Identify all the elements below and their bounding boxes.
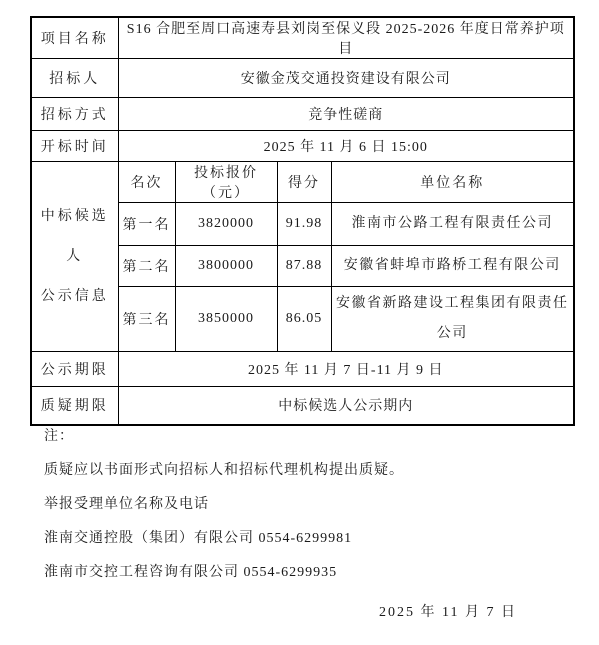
opening-time-value: 2025 年 11 月 6 日 15:00 [118,131,574,162]
table-row-publicity-period: 公示期限 2025 年 11 月 7 日-11 月 9 日 [31,352,574,387]
note-report-title: 举报受理单位名称及电话 [44,497,575,513]
candidate-price: 3820000 [175,203,277,246]
objection-period-value: 中标候选人公示期内 [118,387,574,425]
table-row-objection-period: 质疑期限 中标候选人公示期内 [31,387,574,425]
table-row-tenderer: 招标人 安徽金茂交通投资建设有限公司 [31,59,574,98]
candidate-score: 86.05 [277,287,331,352]
candidate-price: 3850000 [175,287,277,352]
row-label-opening-time: 开标时间 [31,131,118,162]
table-row-project-name: 项目名称 S16 合肥至周口高速寿县刘岗至保义段 2025-2026 年度日常养… [31,17,574,59]
note-objection-instruction: 质疑应以书面形式向招标人和招标代理机构提出质疑。 [44,463,575,479]
announcement-date: 2025 年 11 月 7 日 [44,605,575,621]
candidate-rank: 第二名 [118,246,175,287]
row-label-candidates-info: 中标候选人 公示信息 [31,162,118,352]
column-header-bid-price: 投标报价（元） [175,162,277,203]
announcement-page: 项目名称 S16 合肥至周口高速寿县刘岗至保义段 2025-2026 年度日常养… [0,0,599,645]
candidate-company: 安徽省蚌埠市路桥工程有限公司 [331,246,574,287]
note-report-company-1: 淮南交通控股（集团）有限公司 0554-6299981 [44,531,575,547]
table-row-opening-time: 开标时间 2025 年 11 月 6 日 15:00 [31,131,574,162]
candidates-header-row: 中标候选人 公示信息 名次 投标报价（元） 得分 单位名称 [31,162,574,203]
candidate-company: 淮南市公路工程有限责任公司 [331,203,574,246]
candidate-score: 87.88 [277,246,331,287]
candidates-label-line2: 公示信息 [35,277,115,317]
row-label-bidding-method: 招标方式 [31,98,118,131]
project-name-value: S16 合肥至周口高速寿县刘岗至保义段 2025-2026 年度日常养护项目 [118,17,574,59]
bid-announcement-table: 项目名称 S16 合肥至周口高速寿县刘岗至保义段 2025-2026 年度日常养… [30,16,575,426]
tenderer-value: 安徽金茂交通投资建设有限公司 [118,59,574,98]
column-header-score: 得分 [277,162,331,203]
publicity-period-value: 2025 年 11 月 7 日-11 月 9 日 [118,352,574,387]
column-header-company-name: 单位名称 [331,162,574,203]
bidding-method-value: 竞争性磋商 [118,98,574,131]
candidate-rank: 第三名 [118,287,175,352]
note-heading: 注： [44,429,575,445]
note-report-company-2: 淮南市交控工程咨询有限公司 0554-6299935 [44,565,575,581]
row-label-objection-period: 质疑期限 [31,387,118,425]
row-label-tenderer: 招标人 [31,59,118,98]
candidates-label-line1: 中标候选人 [35,197,115,277]
candidate-rank: 第一名 [118,203,175,246]
candidate-score: 91.98 [277,203,331,246]
column-header-rank: 名次 [118,162,175,203]
candidate-company: 安徽省新路建设工程集团有限责任公司 [331,287,574,352]
row-label-publicity-period: 公示期限 [31,352,118,387]
row-label-project-name: 项目名称 [31,17,118,59]
candidate-price: 3800000 [175,246,277,287]
table-row-bidding-method: 招标方式 竞争性磋商 [31,98,574,131]
notes-section: 注： 质疑应以书面形式向招标人和招标代理机构提出质疑。 举报受理单位名称及电话 … [44,429,575,639]
